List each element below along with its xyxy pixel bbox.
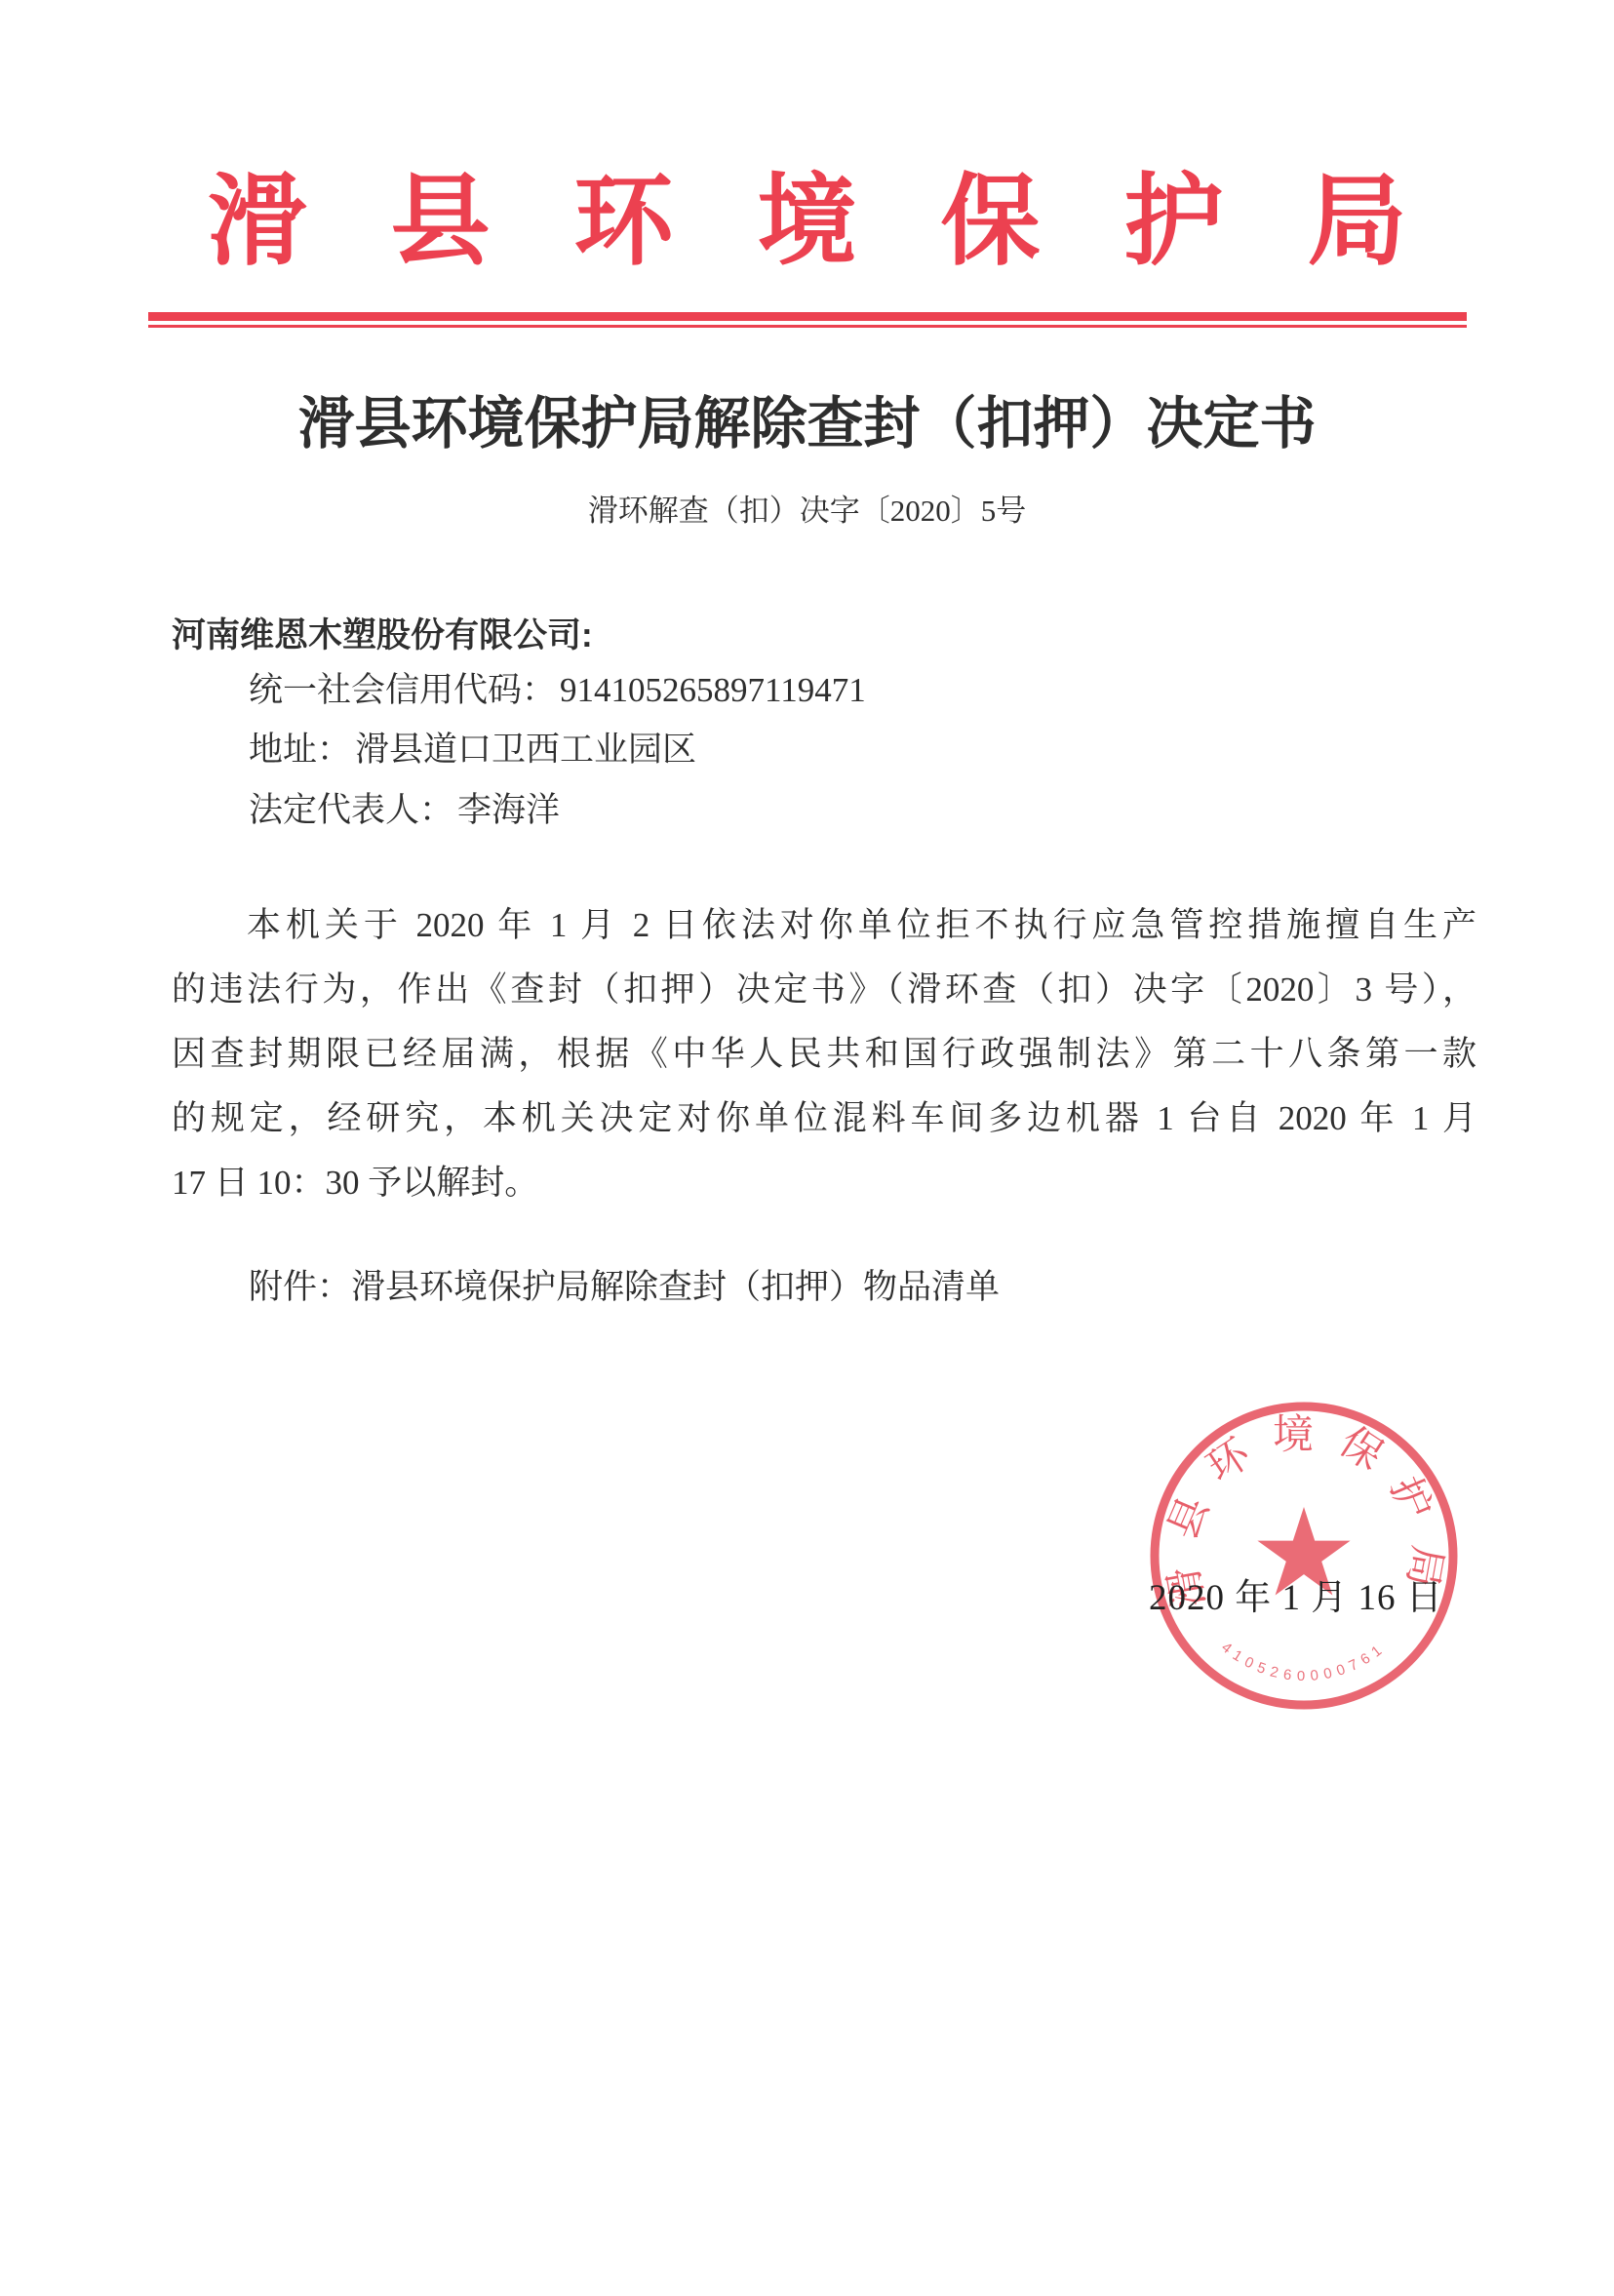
legal-representative-value: 李海洋 <box>453 791 560 829</box>
credit-code-label: 统一社会信用代码： <box>249 671 556 709</box>
document-number: 滑环解查（扣）决字〔2020〕5号 <box>0 486 1614 530</box>
svg-text:4105260000761: 4105260000761 <box>1218 1639 1390 1684</box>
body-line: 17 日 10：30 予以解封。 <box>172 1151 1476 1215</box>
issue-date: 2020 年 1 月 16 日 <box>1149 1567 1443 1620</box>
official-seal: 滑县环境保护局 4105260000761 <box>1143 1395 1465 1717</box>
document-page: 滑县环境保护局 滑县环境保护局解除查封（扣押）决定书 滑环解查（扣）决字〔202… <box>0 0 1614 2296</box>
seal-number-text: 4105260000761 <box>1218 1639 1390 1684</box>
letterhead-rule-thin <box>148 325 1467 328</box>
info-row-address: 地址：滑县道口卫西工业园区 <box>249 723 696 772</box>
letterhead-agency-name: 滑县环境保护局 <box>0 174 1614 273</box>
credit-code-value: 914105265897119471 <box>556 671 866 709</box>
recipient-name: 河南维恩木塑股份有限公司: <box>172 609 593 657</box>
body-line: 因查封期限已经届满，根据《中华人民共和国行政强制法》第二十八条第一款 <box>172 1022 1476 1087</box>
info-row-credit-code: 统一社会信用代码：914105265897119471 <box>249 663 866 712</box>
info-row-legal-representative: 法定代表人：李海洋 <box>249 783 560 832</box>
legal-representative-label: 法定代表人： <box>249 791 453 829</box>
address-label: 地址： <box>249 731 351 769</box>
official-seal-graphic: 滑县环境保护局 4105260000761 <box>1143 1395 1465 1717</box>
address-value: 滑县道口卫西工业园区 <box>351 731 696 769</box>
document-title: 滑县环境保护局解除查封（扣押）决定书 <box>0 392 1614 457</box>
body-line: 本机关于 2020 年 1 月 2 日依法对你单位拒不执行应急管控措施擅自生产 <box>172 893 1476 958</box>
body-paragraph: 本机关于 2020 年 1 月 2 日依法对你单位拒不执行应急管控措施擅自生产 … <box>172 893 1476 1215</box>
letterhead-rule-thick <box>148 312 1467 321</box>
attachment-line: 附件：滑县环境保护局解除查封（扣押）物品清单 <box>249 1260 1000 1309</box>
body-line: 的违法行为，作出《查封（扣押）决定书》（滑环查（扣）决字〔2020〕3 号）， <box>172 958 1476 1022</box>
body-line: 的规定，经研究，本机关决定对你单位混料车间多边机器 1 台自 2020 年 1 … <box>172 1087 1476 1151</box>
